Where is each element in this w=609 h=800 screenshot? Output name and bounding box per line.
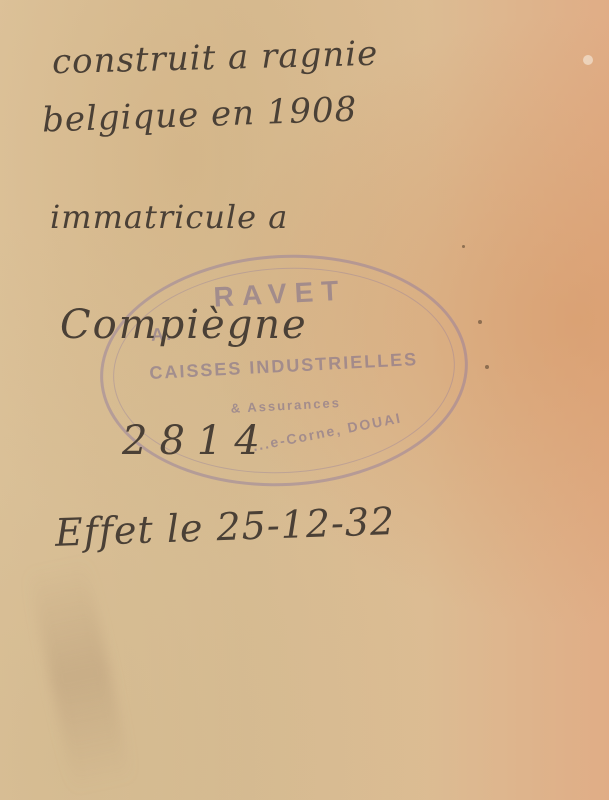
handwriting-number: 2814 [122,418,272,464]
handwriting-line-3: immatricule a [50,198,288,236]
paper-spot [485,365,489,369]
paper-stain [27,556,134,793]
paper-spot [583,55,593,65]
paper-spot [462,245,465,248]
document-page: RAVET A. CAISSES INDUSTRIELLES & Assuran… [0,0,609,800]
handwriting-date: Effet le 25-12-32 [54,499,396,555]
handwriting-city: Compiègne [60,302,308,348]
handwriting-line-2: belgique en 1908 [41,90,358,141]
handwriting-line-1: construit a ragnie [52,34,379,83]
paper-spot [478,320,482,324]
